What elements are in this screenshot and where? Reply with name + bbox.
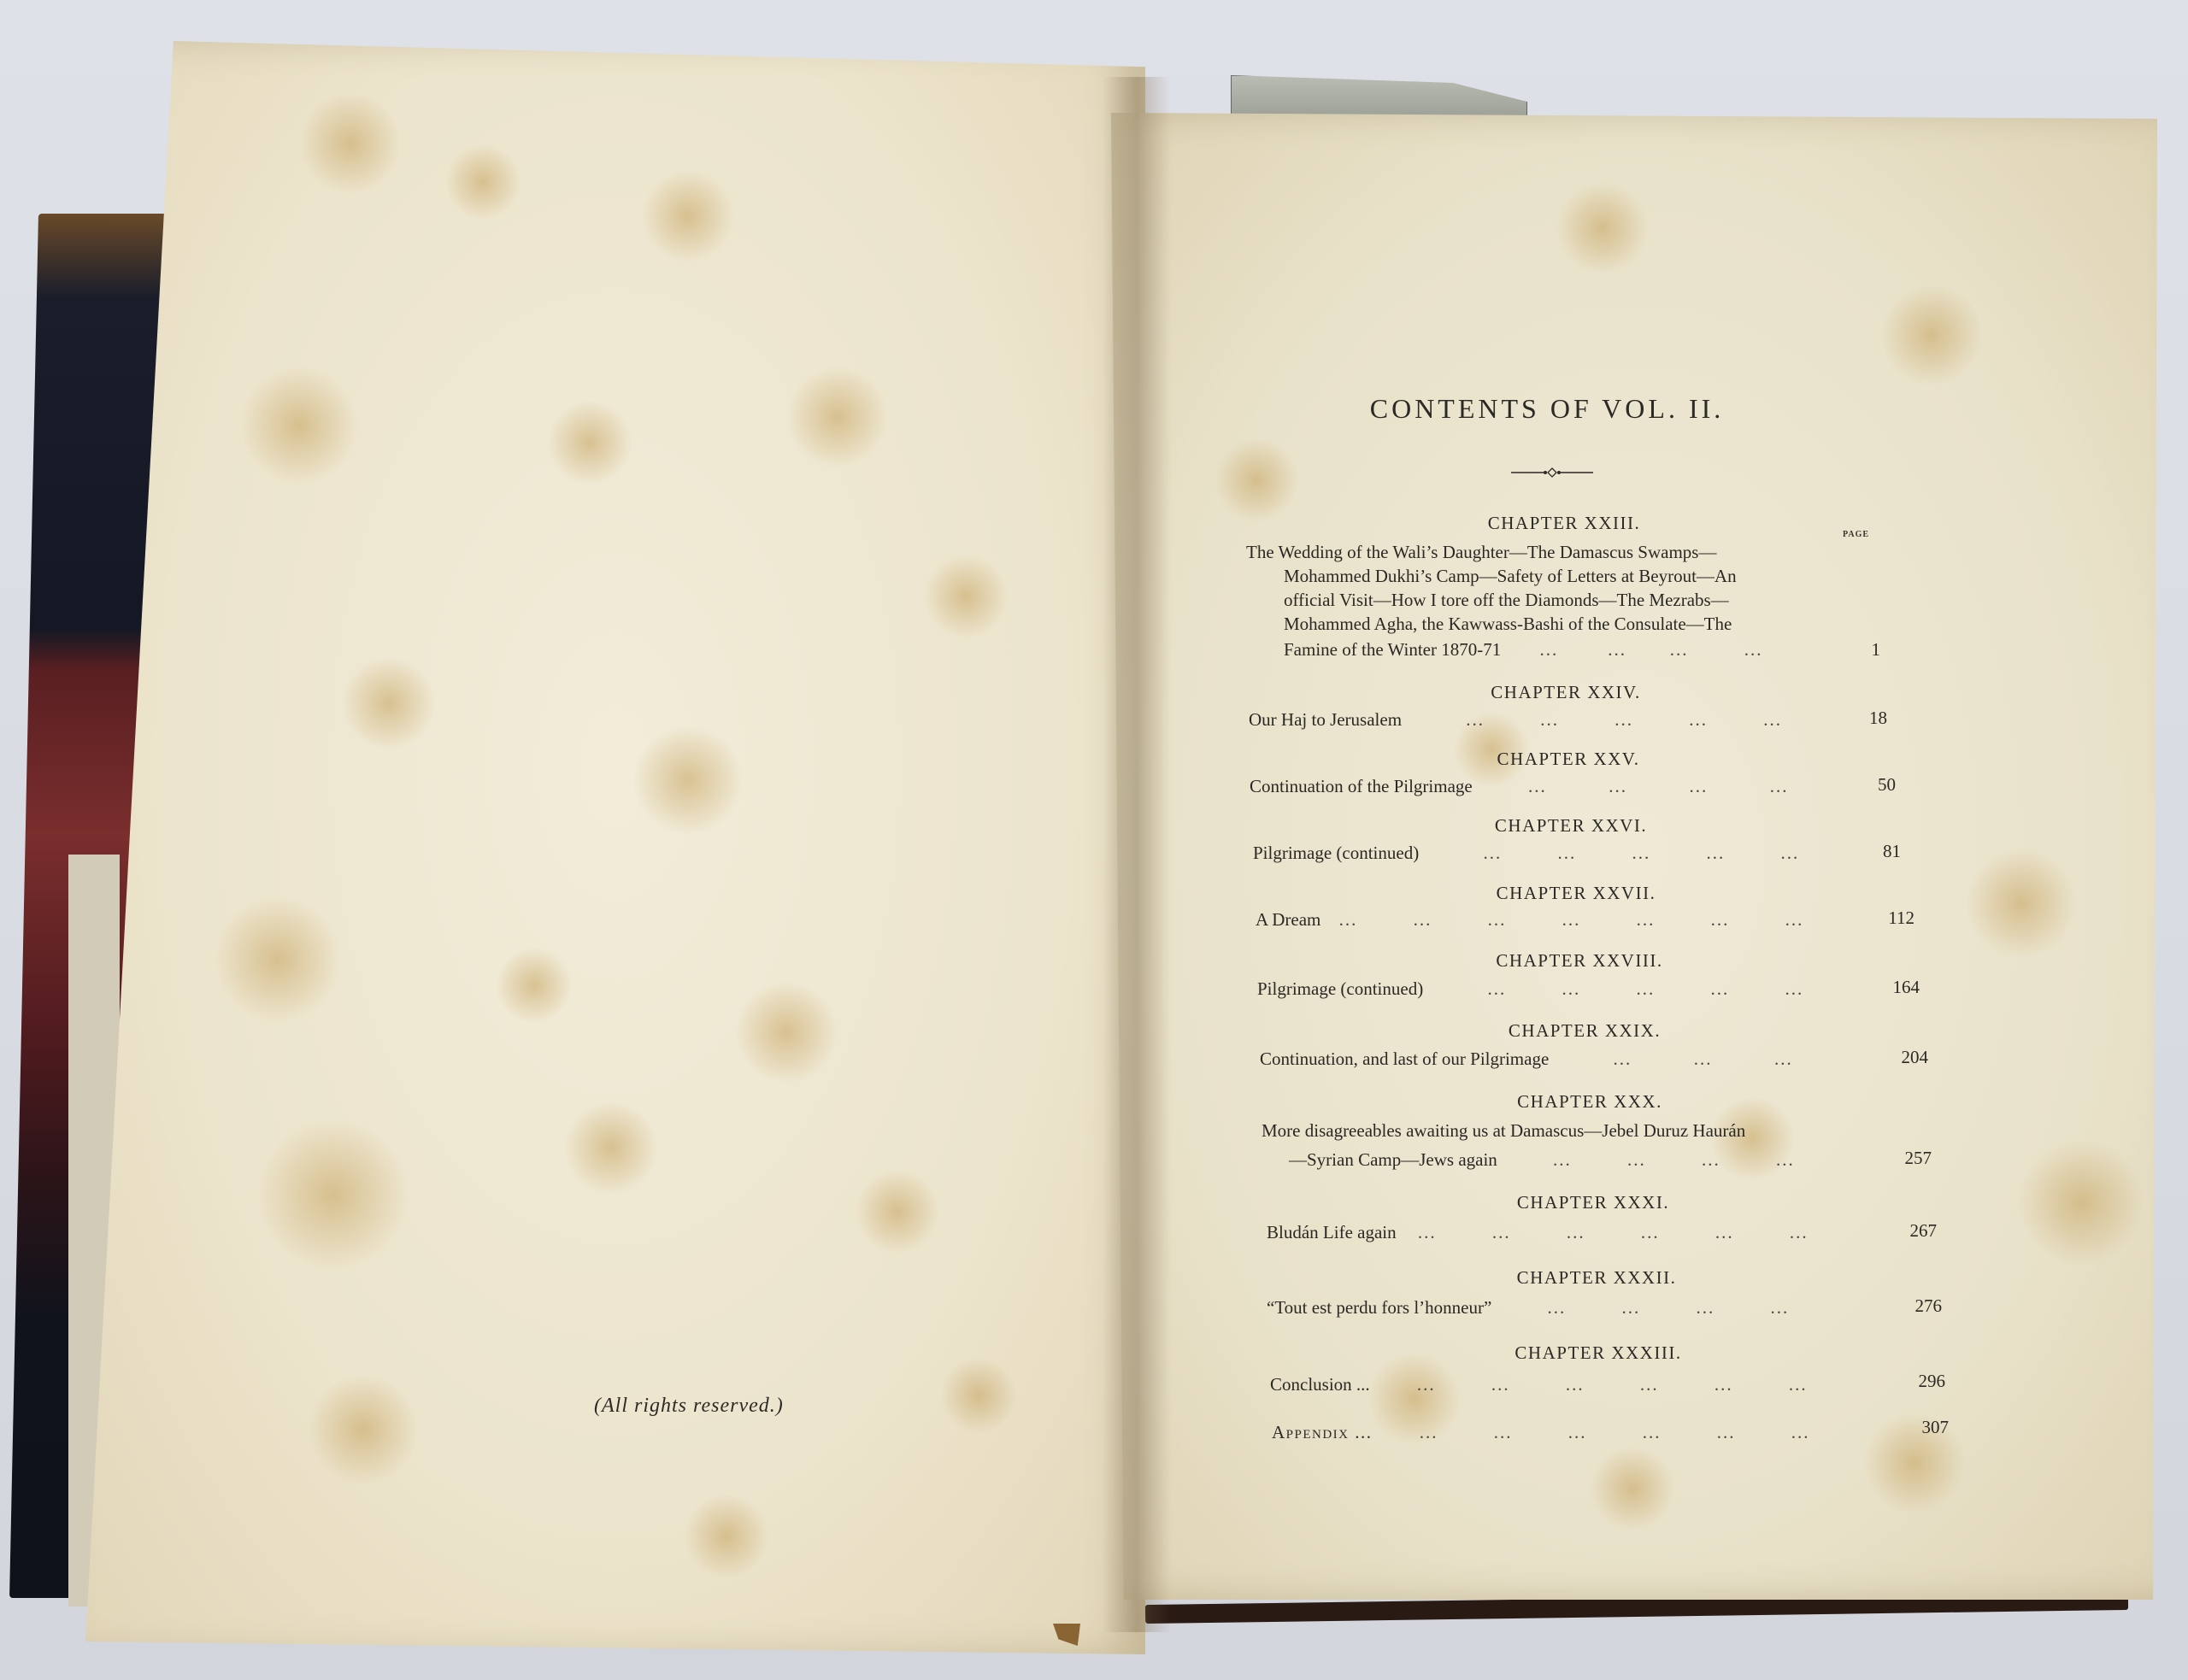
page-number: 81 xyxy=(1850,841,1901,862)
page-number: 18 xyxy=(1836,708,1887,729)
page-column-label: PAGE xyxy=(1843,530,1869,539)
page-number: 112 xyxy=(1863,908,1914,929)
chapter-heading: CHAPTER XXVII. xyxy=(1362,883,1790,904)
dot-leader: ... ... ... ... ... ... xyxy=(1417,1374,1808,1395)
toc-entry-text: Appendix ... xyxy=(1272,1422,1373,1442)
toc-entry-line: Bludán Life again ... ... ... ... ... ..… xyxy=(1267,1222,1809,1243)
toc-entry-line: Conclusion ... ... ... ... ... ... ... xyxy=(1270,1374,1808,1395)
toc-entry-line: official Visit—How I tore off the Diamon… xyxy=(1284,590,1729,611)
dot-leader: ... ... ... ... xyxy=(1548,1297,1790,1318)
toc-entry-text: Continuation, and last of our Pilgrimage xyxy=(1260,1049,1549,1069)
toc-entry-line: More disagreeables awaiting us at Damasc… xyxy=(1262,1120,1745,1142)
chapter-heading: CHAPTER XXIV. xyxy=(1352,682,1779,703)
page-number: 267 xyxy=(1885,1220,1937,1242)
toc-entry-text: Pilgrimage (continued) xyxy=(1253,843,1419,863)
dot-leader: ... ... ... xyxy=(1614,1049,1793,1069)
book-gutter xyxy=(1103,77,1171,1632)
toc-entry-line: Continuation of the Pilgrimage ... ... .… xyxy=(1250,776,1788,797)
dot-leader: ... ... ... ... ... xyxy=(1483,843,1799,863)
dot-leader: ... ... ... ... xyxy=(1539,639,1762,660)
toc-entry-text: Famine of the Winter 1870-71 xyxy=(1284,639,1501,660)
page-number: 164 xyxy=(1868,977,1920,998)
toc-entry-line: Pilgrimage (continued) ... ... ... ... .… xyxy=(1257,978,1803,1000)
page-number: 276 xyxy=(1891,1295,1942,1317)
toc-entry-text: Our Haj to Jerusalem xyxy=(1249,709,1402,730)
page-number: 296 xyxy=(1894,1371,1945,1392)
chapter-heading: CHAPTER XXIII. xyxy=(1350,513,1778,534)
toc-entry-line: —Syrian Camp—Jews again ... ... ... ... xyxy=(1289,1149,1795,1171)
chapter-heading: CHAPTER XXVI. xyxy=(1357,815,1785,837)
toc-entry-line: Appendix ... ... ... ... ... ... ... xyxy=(1272,1422,1810,1443)
toc-entry-line: Mohammed Dukhi’s Camp—Safety of Letters … xyxy=(1284,566,1737,587)
toc-entry-text: Pilgrimage (continued) xyxy=(1257,978,1423,999)
contents-title: CONTENTS OF VOL. II. xyxy=(1333,393,1761,425)
toc-entry-text: —Syrian Camp—Jews again xyxy=(1289,1149,1497,1170)
chapter-heading: CHAPTER XXXI. xyxy=(1379,1192,1807,1213)
toc-entry-line: Pilgrimage (continued) ... ... ... ... .… xyxy=(1253,843,1799,864)
chapter-heading: CHAPTER XXIX. xyxy=(1371,1020,1798,1042)
toc-entry-line: A Dream ... ... ... ... ... ... ... xyxy=(1256,909,1803,931)
chapter-heading: CHAPTER XXXIII. xyxy=(1385,1342,1812,1364)
ornament-divider-icon xyxy=(1511,467,1593,479)
dot-leader: ... ... ... ... xyxy=(1528,776,1789,796)
toc-entry-line: Our Haj to Jerusalem ... ... ... ... ... xyxy=(1249,709,1782,731)
toc-entry-text: Bludán Life again xyxy=(1267,1222,1397,1242)
toc-entry-line: “Tout est perdu fors l’honneur” ... ... … xyxy=(1267,1297,1789,1319)
page-number: 257 xyxy=(1880,1148,1932,1169)
toc-entry-line: Continuation, and last of our Pilgrimage… xyxy=(1260,1049,1793,1070)
toc-entry-text: Continuation of the Pilgrimage xyxy=(1250,776,1473,796)
dot-leader: ... ... ... ... ... ... xyxy=(1420,1422,1810,1442)
toc-entry-line: Famine of the Winter 1870-71 ... ... ...… xyxy=(1284,639,1762,661)
page-number: 204 xyxy=(1877,1047,1928,1068)
toc-entry-line: The Wedding of the Wali’s Daughter—The D… xyxy=(1246,542,1716,563)
toc-entry-text: A Dream xyxy=(1256,909,1320,930)
page-number: 307 xyxy=(1897,1417,1949,1438)
chapter-heading: CHAPTER XXVIII. xyxy=(1366,950,1793,972)
dot-leader: ... ... ... ... ... ... xyxy=(1418,1222,1809,1242)
dot-leader: ... ... ... ... ... xyxy=(1466,709,1782,730)
chapter-heading: CHAPTER XXXII. xyxy=(1383,1267,1810,1289)
chapter-heading: CHAPTER XXV. xyxy=(1355,749,1782,770)
toc-entry-line: Mohammed Agha, the Kawwass-Bashi of the … xyxy=(1284,614,1732,635)
rights-reserved-note: (All rights reserved.) xyxy=(594,1395,784,1418)
page-number: 1 xyxy=(1829,639,1880,661)
toc-entry-text: “Tout est perdu fors l’honneur” xyxy=(1267,1297,1491,1318)
page-number: 50 xyxy=(1844,774,1896,796)
toc-entry-text: Conclusion ... xyxy=(1270,1374,1370,1395)
chapter-heading: CHAPTER XXX. xyxy=(1376,1091,1803,1113)
bookmark-tab xyxy=(1231,75,1527,118)
dot-leader: ... ... ... ... ... xyxy=(1487,978,1803,999)
dot-leader: ... ... ... ... xyxy=(1553,1149,1795,1170)
dot-leader: ... ... ... ... ... ... ... xyxy=(1339,909,1804,930)
